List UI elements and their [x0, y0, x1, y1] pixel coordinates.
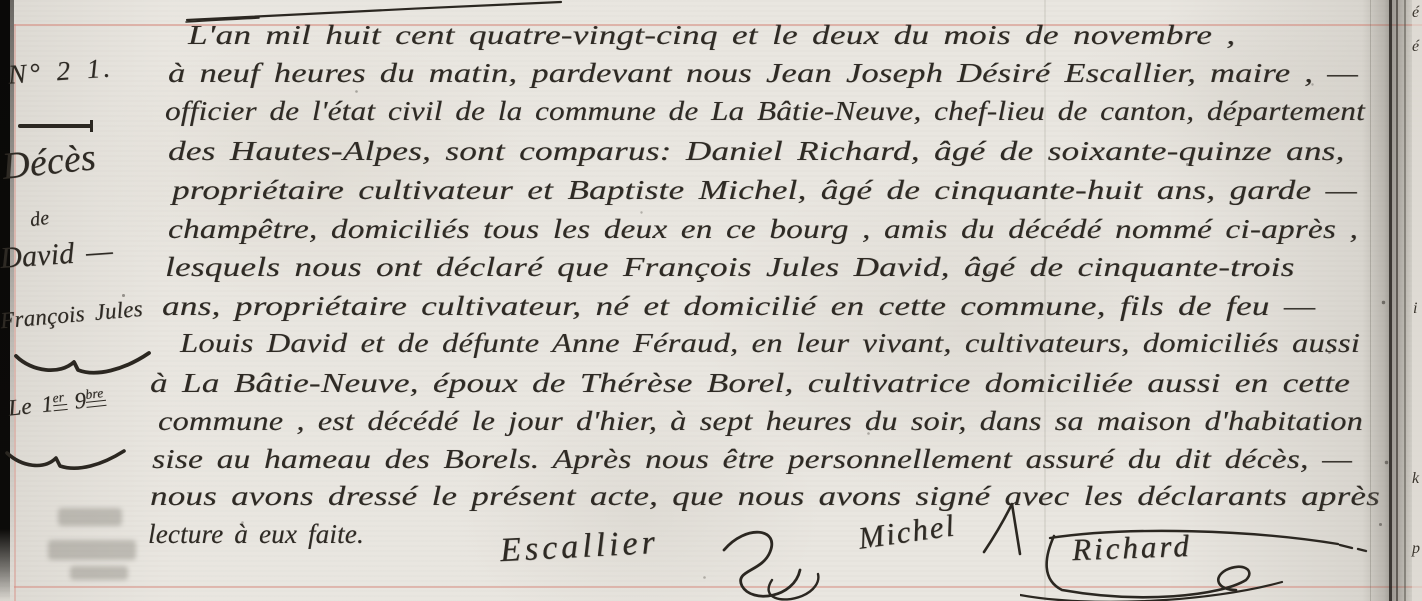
deceased-given-names: François Jules — [0, 296, 144, 334]
act-line: champêtre, domiciliés tous les deux en c… — [168, 214, 1358, 245]
signature-michel: Michel — [856, 507, 958, 556]
death-date-prefix: Le 1 — [7, 391, 54, 421]
next-page-fragment: p — [1412, 540, 1420, 558]
margin-preposition: de — [28, 207, 50, 232]
act-line: L'an mil huit cent quatre-vingt-cinq et … — [188, 20, 1235, 51]
act-line: officier de l'état civil de la commune d… — [165, 96, 1365, 127]
ink-bleedthrough — [48, 540, 136, 560]
next-page-fragment: é — [1412, 4, 1419, 22]
death-date-month-suffix: bre — [85, 385, 104, 402]
death-date-month-number: 9 — [63, 388, 87, 415]
death-date-note: Le 1er 9bre — [7, 385, 105, 422]
margin-brace-lower — [4, 444, 128, 474]
act-line: lecture à eux faite. — [148, 519, 364, 550]
margin-brace-upper — [12, 348, 154, 380]
act-line: lesquels nous ont déclaré que François J… — [165, 252, 1295, 283]
gutter-line — [1396, 0, 1398, 601]
act-line: à La Bâtie-Neuve, époux de Thérèse Borel… — [150, 368, 1350, 399]
ink-bleedthrough — [58, 508, 122, 526]
next-page-fragment: i — [1413, 300, 1417, 318]
act-number: N° 2 1. — [7, 52, 114, 90]
act-line: à neuf heures du matin, pardevant nous J… — [168, 58, 1358, 89]
margin-divider-dash — [18, 124, 92, 128]
next-page-fragment: é — [1412, 38, 1419, 56]
act-line: Louis David et de défunte Anne Féraud, e… — [180, 328, 1360, 359]
gutter-line — [1389, 0, 1392, 601]
richard-signature-flourish — [1020, 498, 1392, 601]
escallier-paraph — [716, 522, 836, 601]
act-line: ans, propriétaire cultivateur, né et dom… — [162, 291, 1315, 322]
act-line: propriétaire cultivateur et Baptiste Mic… — [172, 175, 1357, 206]
gutter-line — [1404, 0, 1406, 601]
record-type-label: Décès — [0, 135, 98, 189]
gutter-line — [1370, 0, 1371, 601]
act-line: des Hautes-Alpes, sont comparus: Daniel … — [168, 136, 1345, 167]
book-gutter — [1362, 0, 1412, 601]
death-register-page: N° 2 1. Décès de David — François Jules … — [0, 0, 1422, 601]
deceased-surname: David — — [0, 234, 114, 276]
next-page-fragment: k — [1412, 470, 1419, 488]
death-date-ordinal-suffix: er — [52, 389, 65, 405]
signature-escallier: Escallier — [499, 524, 660, 570]
act-line: commune , est décédé le jour d'hier, à s… — [158, 406, 1363, 437]
act-line: sise au hameau des Borels. Après nous êt… — [152, 444, 1352, 475]
ink-speckles — [0, 0, 1, 1]
ink-bleedthrough — [70, 566, 128, 580]
next-page-edge: é é i k p — [1412, 0, 1422, 601]
